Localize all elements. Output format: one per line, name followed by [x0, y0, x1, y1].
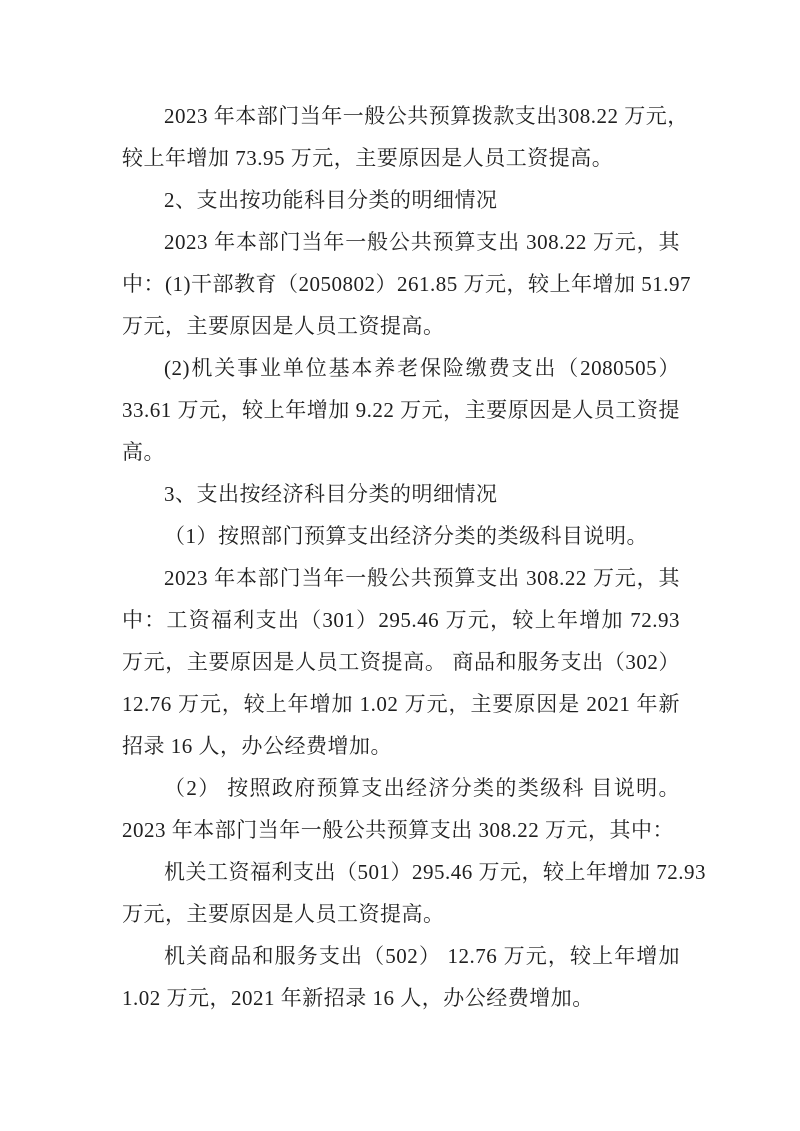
text-line: 万元，主要原因是人员工资提高。: [122, 893, 680, 935]
text-line: 2023 年本部门当年一般公共预算支出 308.22 万元，其中：: [122, 809, 680, 851]
document-page: 2023 年本部门当年一般公共预算拨款支出308.22 万元，较上年增加 73.…: [0, 0, 800, 1131]
text-line: 万元，主要原因是人员工资提高。 商品和服务支出（302）: [122, 641, 680, 683]
text-line: 高。: [122, 431, 680, 473]
text-line: 3、支出按经济科目分类的明细情况: [122, 473, 680, 515]
text-line: 招录 16 人，办公经费增加。: [122, 725, 680, 767]
text-line: (2)机关事业单位基本养老保险缴费支出（2080505）: [122, 347, 680, 389]
document-body: 2023 年本部门当年一般公共预算拨款支出308.22 万元，较上年增加 73.…: [122, 95, 680, 1019]
text-line: 1.02 万元，2021 年新招录 16 人，办公经费增加。: [122, 977, 680, 1019]
text-line: 2023 年本部门当年一般公共预算支出 308.22 万元，其: [122, 557, 680, 599]
text-line: 2、支出按功能科目分类的明细情况: [122, 179, 680, 221]
text-line: 万元，主要原因是人员工资提高。: [122, 305, 680, 347]
text-line: 机关商品和服务支出（502） 12.76 万元，较上年增加: [122, 935, 680, 977]
text-line: （1）按照部门预算支出经济分类的类级科目说明。: [122, 515, 680, 557]
text-line: 机关工资福利支出（501）295.46 万元，较上年增加 72.93: [122, 851, 680, 893]
text-line: 33.61 万元，较上年增加 9.22 万元，主要原因是人员工资提: [122, 389, 680, 431]
text-line: 12.76 万元，较上年增加 1.02 万元，主要原因是 2021 年新: [122, 683, 680, 725]
text-line: 中：(1)干部教育（2050802）261.85 万元，较上年增加 51.97: [122, 263, 680, 305]
text-line: 较上年增加 73.95 万元，主要原因是人员工资提高。: [122, 137, 680, 179]
text-line: 2023 年本部门当年一般公共预算拨款支出308.22 万元，: [122, 95, 680, 137]
text-line: 2023 年本部门当年一般公共预算支出 308.22 万元，其: [122, 221, 680, 263]
text-line: 中：工资福利支出（301）295.46 万元，较上年增加 72.93: [122, 599, 680, 641]
text-line: （2） 按照政府预算支出经济分类的类级科 目说明。: [122, 767, 680, 809]
